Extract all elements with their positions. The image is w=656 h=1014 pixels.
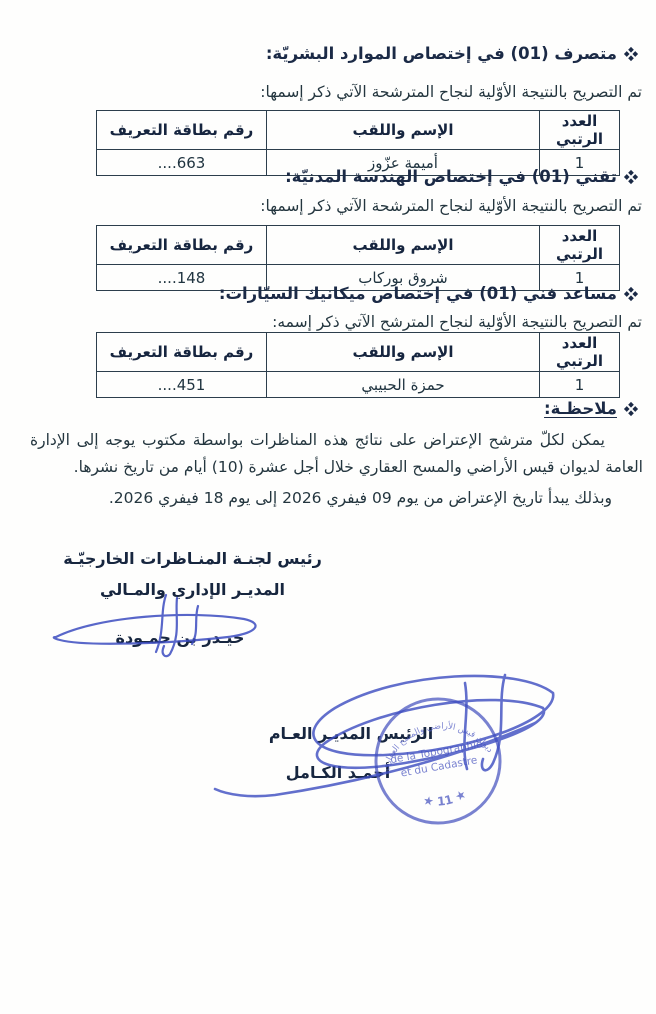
col-header-id: رقم بطاقة التعريف <box>97 111 267 150</box>
col-header-rank: العدد الرتبي <box>540 226 620 265</box>
col-header-rank: العدد الرتبي <box>540 333 620 372</box>
results-table-mechanics: العدد الرتبي الإسم واللقب رقم بطاقة التع… <box>96 332 620 398</box>
table-row: 1 حمزة الحبيبي 451.... <box>97 372 620 398</box>
cell-rank: 1 <box>540 372 620 398</box>
cell-id: 451.... <box>97 372 267 398</box>
section-2-heading: تقني (01) في إختصاص الهندسة المدنيّة: <box>285 167 636 186</box>
section-1-heading-text: متصرف (01) في إختصاص الموارد البشريّة: <box>266 44 617 63</box>
col-header-id: رقم بطاقة التعريف <box>97 226 267 265</box>
left-signer-title-1: رئيس لجنـة المنـاظرات الخارجيّـة <box>40 549 345 568</box>
diamond-bullet-icon <box>624 169 638 183</box>
diamond-bullet-icon <box>624 401 638 415</box>
col-header-name: الإسم واللقب <box>267 111 540 150</box>
col-header-name: الإسم واللقب <box>267 226 540 265</box>
note-paragraph-2: وبذلك يبدأ تاريخ الإعتراض من يوم 09 فيفر… <box>109 489 612 507</box>
diamond-bullet-icon <box>624 46 638 60</box>
note-paragraph-1: يمكن لكلّ مترشح الإعتراض على نتائج هذه ا… <box>30 427 643 481</box>
section-2-declaration: تم التصريح بالنتيجة الأوّلية لنجاح المتر… <box>260 197 642 215</box>
results-table-civil-eng: العدد الرتبي الإسم واللقب رقم بطاقة التع… <box>96 225 620 291</box>
note-heading: ملاحظـة: <box>544 399 636 418</box>
cell-id: 663.... <box>97 150 267 176</box>
section-3-heading: مساعد فني (01) في إختصاص ميكانيك السيّار… <box>219 284 636 303</box>
section-3-heading-text: مساعد فني (01) في إختصاص ميكانيك السيّار… <box>219 284 617 303</box>
note-heading-text: ملاحظـة: <box>544 399 617 418</box>
section-1-declaration: تم التصريح بالنتيجة الأوّلية لنجاح المتر… <box>260 83 642 101</box>
col-header-rank: العدد الرتبي <box>540 111 620 150</box>
scanned-document-page: متصرف (01) في إختصاص الموارد البشريّة: ت… <box>0 0 656 1014</box>
section-3-declaration: تم التصريح بالنتيجة الأوّلية لنجاح المتر… <box>272 313 642 331</box>
diamond-bullet-icon <box>624 286 638 300</box>
cell-name: حمزة الحبيبي <box>267 372 540 398</box>
col-header-id: رقم بطاقة التعريف <box>97 333 267 372</box>
col-header-name: الإسم واللقب <box>267 333 540 372</box>
section-2-heading-text: تقني (01) في إختصاص الهندسة المدنيّة: <box>285 167 617 186</box>
right-signature-ink <box>213 663 585 821</box>
left-signature-ink <box>48 590 278 662</box>
section-1-heading: متصرف (01) في إختصاص الموارد البشريّة: <box>266 44 636 63</box>
